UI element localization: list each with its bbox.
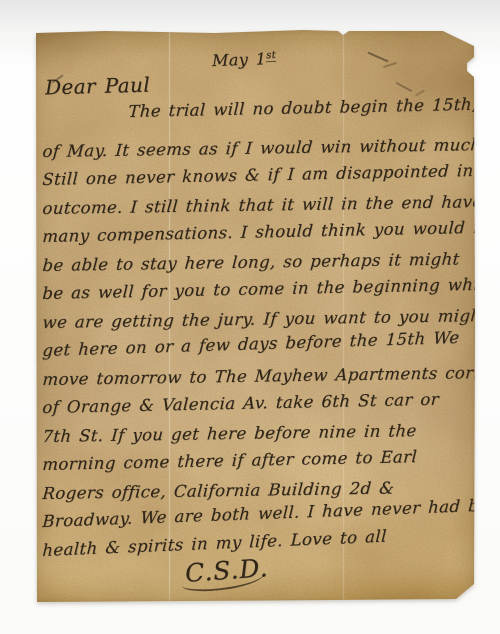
pencil-scribble xyxy=(396,82,413,92)
scan-background: May 1st Dear Paul The trial will no doub… xyxy=(0,0,500,634)
date-ordinal-suffix: st xyxy=(266,50,276,62)
letter-line: The trial will no doubt begin the 15th, xyxy=(127,95,473,131)
letter-page: May 1st Dear Paul The trial will no doub… xyxy=(35,30,475,602)
pencil-scribble xyxy=(383,62,397,68)
letter-paper: May 1st Dear Paul The trial will no doub… xyxy=(35,30,475,602)
pencil-scribble xyxy=(368,52,389,63)
letter-body: The trial will no doubt begin the 15th, … xyxy=(42,102,472,569)
salutation: Dear Paul xyxy=(45,73,151,100)
signature-initials: C.S.D. xyxy=(184,553,269,588)
date-text: May 1 xyxy=(212,49,267,70)
date-line: May 1st xyxy=(212,49,277,70)
